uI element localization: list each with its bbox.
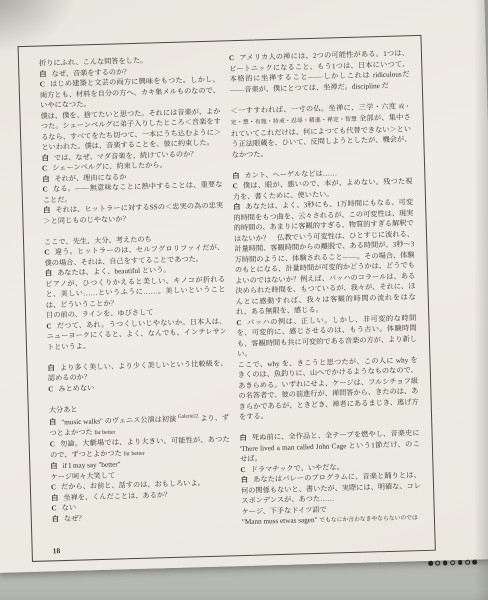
speaker-label: 白: [241, 476, 249, 484]
speaker-label: C: [51, 484, 56, 492]
text-run: 違う。ヒットラーのは、セルフグロリファイだが、僕の場合、それは、自己をすてること…: [45, 243, 225, 267]
speaker-label: 白: [43, 206, 51, 214]
text-run: あなたは、よく、3秒にも、1万時間にもなる、可変的時間をもつ曲を、云々されるが、…: [233, 198, 415, 316]
text-run: でもなにか言わなきやならないのでは: [319, 515, 418, 524]
text-run: ここで、why を、きこうと思つたが、この人に why をきくのは、魚釣りに、山…: [237, 356, 418, 422]
speaker-label: 白: [50, 463, 57, 471]
text-run: はじめ建築と文芸の両方に興味をもつた。しかし、両方とも、材料を自分の方へ、カキ集…: [40, 76, 220, 110]
speaker-label: 白: [239, 434, 247, 442]
speaker-label: 白: [42, 175, 49, 183]
page-number: 18: [53, 546, 61, 555]
speaker-label: 白: [42, 154, 49, 162]
dialogue-line: 白あなたはバレーのプログラムに、音楽と踊りとは、何の関係もないと、書いたが、実際…: [241, 470, 422, 507]
speaker-label: C: [240, 465, 245, 473]
speaker-label: 白: [233, 203, 241, 211]
footer-collation-dots: [428, 560, 477, 567]
speaker-label: C: [42, 164, 47, 172]
speaker-label: C: [236, 319, 241, 327]
speaker-label: C: [229, 54, 234, 62]
text-run: あなたはバレーのプログラムに、音楽と踊りとは、何の関係もないと、書いたが、実際に…: [241, 471, 421, 505]
speaker-label: C: [40, 80, 45, 88]
text-run: far better: [94, 429, 115, 436]
text-run: far better: [123, 451, 144, 458]
dialogue-line: 白死ぬ前に、全作品と、全テープを燃やし、音楽史に 'There lived a …: [239, 428, 420, 465]
text-run: Galerie22: [178, 413, 199, 420]
text-run: 僕は、僕を、捨てたいと思つた。それには音楽が、よかつた。シェーンベルグに弟子入り…: [40, 107, 221, 152]
left-column: 折りにふれ、こんな問答をした。白なぜ、音楽をするのか？Cはじめ建築と文芸の両方に…: [39, 54, 233, 549]
dialogue-line: 僕は、僕を、捨てたいと思つた。それには音楽が、よかつた。シェーンベルグに弟子入り…: [40, 106, 221, 153]
book-page: 折りにふれ、こんな問答をした。白なぜ、音楽をするのか？Cはじめ建築と文芸の両方に…: [0, 0, 488, 573]
text-run: それは、ヒットラーに対するSSの＜忠実の為の忠実＞と同じものじやないか？: [43, 201, 223, 225]
text-columns: 折りにふれ、こんな問答をした。白なぜ、音楽をするのか？Cはじめ建築と文芸の両方に…: [39, 48, 427, 548]
filled-dot-icon: [443, 561, 448, 566]
text-run: ない: [62, 504, 77, 512]
speaker-label: C: [44, 248, 49, 256]
speaker-label: 白: [49, 419, 56, 427]
text-run: ケージ呵々大笑して: [51, 471, 116, 481]
dialogue-line: 白あなたは、よく、3秒にも、1万時間にもなる、可変的時間をもつ曲を、云々されるが…: [233, 197, 416, 317]
filled-dot-icon: [428, 561, 433, 566]
dialogue-line: Cアメリカ人の禅には、2つの可能性がある。1つは、ビートニックになること、もう1…: [229, 48, 410, 95]
text-run: "music walks" のヴェニス公演は初演: [61, 415, 178, 426]
text-run: シェーンベルグに、約束したから。: [52, 161, 167, 172]
page-border-frame: 折りにふれ、こんな問答をした。白なぜ、音楽をするのか？Cはじめ建築と文芸の両方に…: [18, 35, 436, 562]
speaker-label: 白: [45, 269, 52, 277]
text-run: だつて、あれ。うつくしいじやないか。日本人は、ニューヨークにくると、よく、なんで…: [47, 317, 227, 351]
speaker-label: 白: [232, 172, 239, 180]
text-run: アメリカ人の禅には、2つの可能性がある。1つは、ビートニックになること、もう1つ…: [229, 49, 409, 94]
text-run: それが、理由になるか: [54, 173, 126, 183]
speaker-label: C: [48, 385, 53, 393]
speaker-label: C: [232, 182, 237, 190]
filled-dot-icon: [458, 560, 463, 565]
text-run: "Mann muss etwas sagen": [242, 516, 320, 526]
right-column: Cアメリカ人の禅には、2つの可能性がある。1つは、ビートニックになること、もう1…: [229, 48, 423, 543]
text-run: 死ぬ前に、全作品と、全テープを燃やし、音楽史に 'There lived a m…: [240, 429, 420, 463]
speaker-label: 白: [39, 70, 46, 78]
dialogue-line: ピアノが、ひつくりかえると美しい、キノコが折れると、美しい……というふうに……。…: [45, 274, 226, 311]
speaker-label: 白: [52, 515, 59, 523]
narration-line: ＜一すすわれば、一寸の仏。坐禅に、三学・六度 戒・定・慧・布施・持戒・忍辱・精進…: [230, 101, 411, 161]
speaker-label: C: [51, 505, 56, 513]
dialogue-line: Cはじめ建築と文芸の両方に興味をもつた。しかし、両方とも、材料を自分の方へ、カキ…: [40, 75, 221, 112]
text-run: ＜一すすわれば、一寸の仏。坐禅に、三学・六度: [230, 102, 398, 115]
text-run: なぜ？: [64, 514, 86, 523]
text-run: 目の前の、ラインを、ゆびさして: [46, 308, 153, 319]
text-run: バッハの例は、正しい。しかし、非可変的な時間を、可変的に、感じさせるのは、もう古…: [237, 314, 417, 359]
text-run: みとめない: [58, 384, 94, 393]
text-run: 大分あと: [49, 405, 78, 414]
speaker-label: C: [42, 185, 47, 193]
narration-line: ここで、why を、きこうと思つたが、この人に why をきくのは、魚釣りに、山…: [237, 355, 419, 423]
speaker-label: 白: [51, 494, 58, 502]
speaker-label: 白: [47, 364, 55, 372]
open-dot-icon: [435, 561, 440, 566]
filled-dot-icon: [472, 560, 477, 565]
text-run: if I may say "better": [62, 461, 120, 471]
speaker-label: C: [50, 441, 55, 449]
text-run: なぜ、音楽をするのか？: [51, 68, 130, 78]
text-run: ピアノが、ひつくりかえると美しい、キノコが折れると、美しい……というふうに……。…: [45, 275, 225, 309]
text-run: 坐禅を、くんだことは、あるか？: [63, 491, 171, 502]
speaker-label: C: [46, 322, 51, 330]
open-dot-icon: [465, 560, 470, 565]
open-dot-icon: [450, 560, 455, 565]
dialogue-line: Cバッハの例は、正しい。しかし、非可変的な時間を、可変的に、感じさせるのは、もう…: [236, 313, 417, 360]
text-run: 折りにふれ、こんな問答をした。: [39, 57, 147, 68]
text-run: ケージ、下手なドイツ語で: [242, 505, 327, 515]
dialogue-line: Cだつて、あれ。うつくしいじやないか。日本人は、ニューヨークにくると、よく、なん…: [46, 316, 227, 353]
dialogue-line: 白それは、ヒットラーに対するSSの＜忠実の為の忠実＞と同じものじやないか？: [43, 200, 224, 226]
